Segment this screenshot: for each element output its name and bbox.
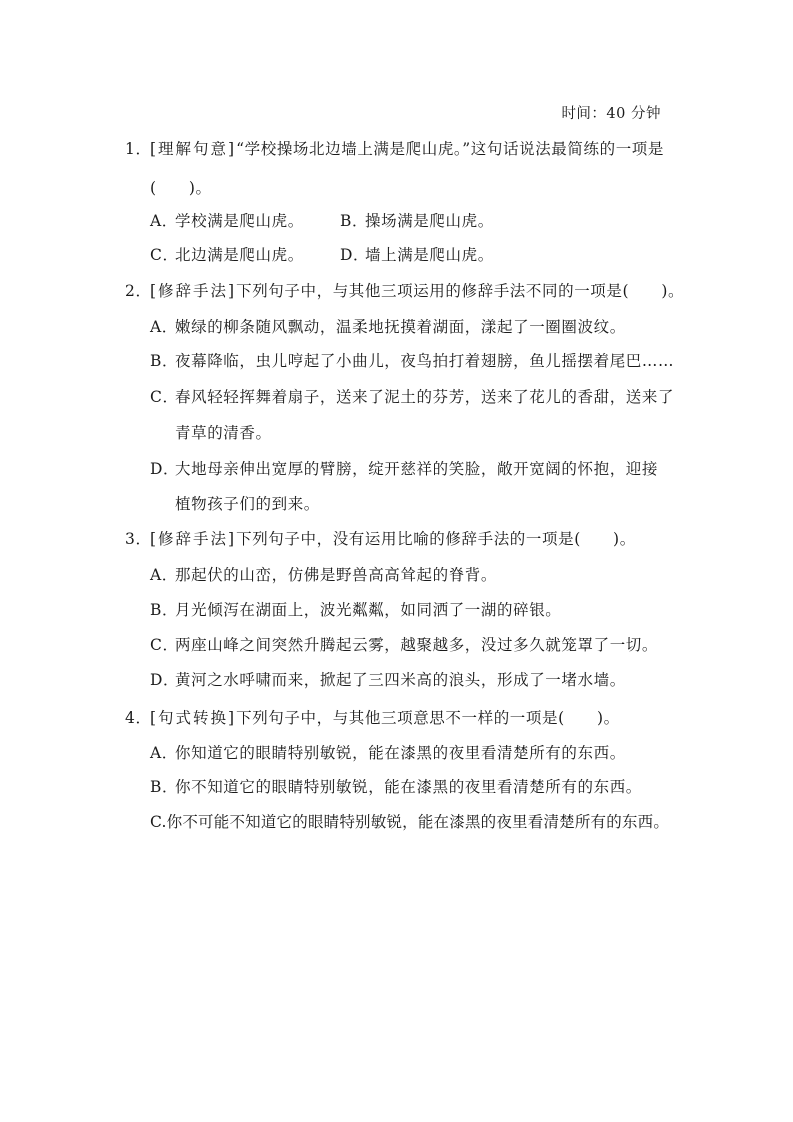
question-1-options-row-2: C．北边满是爬山虎。 D．墙上满是爬山虎。: [150, 243, 650, 265]
question-3-stem: 3．[修辞手法]下列句子中，没有运用比喻的修辞手法的一项是( )。: [125, 527, 636, 549]
question-2-option-b: B．夜幕降临，虫儿哼起了小曲儿，夜鸟拍打着翅膀，鱼儿摇摆着尾巴……: [150, 349, 674, 371]
option-b: B．操场满是爬山虎。: [340, 209, 494, 231]
question-2-option-c: C．春风轻轻挥舞着扇子，送来了泥土的芬芳，送来了花儿的香甜，送来了: [150, 385, 674, 407]
question-4-option-c: C.你不可能不知道它的眼睛特别敏锐，能在漆黑的夜里看清楚所有的东西。: [150, 810, 669, 832]
question-4-option-a: A．你知道它的眼睛特别敏锐，能在漆黑的夜里看清楚所有的东西。: [150, 741, 626, 763]
question-3-option-b: B．月光倾泻在湖面上，波光粼粼，如同洒了一湖的碎银。: [150, 598, 561, 620]
question-3-option-a: A．那起伏的山峦，仿佛是野兽高高耸起的脊背。: [150, 563, 497, 585]
option-d: D．墙上满是爬山虎。: [340, 243, 494, 265]
question-2-option-c-cont: 青草的清香。: [175, 421, 272, 443]
question-2-stem: 2．[修辞手法]下列句子中，与其他三项运用的修辞手法不同的一项是( )。: [125, 279, 684, 301]
option-c: C．北边满是爬山虎。: [150, 246, 304, 264]
question-2-option-d: D．大地母亲伸出宽厚的臂膀，绽开慈祥的笑脸，敞开宽阔的怀抱，迎接: [150, 457, 658, 479]
question-2-option-a: A．嫩绿的柳条随风飘动，温柔地抚摸着湖面，漾起了一圈圈波纹。: [150, 315, 626, 337]
question-1-stem: 1．[理解句意]“学校操场北边墙上满是爬山虎。”这句话说法最简练的一项是: [125, 137, 664, 159]
question-1-options-row-1: A．学校满是爬山虎。 B．操场满是爬山虎。: [150, 209, 650, 231]
question-tag: [理解句意]: [150, 140, 236, 158]
question-4-option-b: B．你不知道它的眼睛特别敏锐，能在漆黑的夜里看清楚所有的东西。: [150, 775, 642, 797]
time-limit: 时间：40 分钟: [561, 102, 661, 123]
question-3-option-d: D．黄河之水呼啸而来，掀起了三四米高的浪头，形成了一堵水墙。: [150, 668, 626, 690]
question-number: 1．: [125, 137, 150, 159]
question-2-option-d-cont: 植物孩子们的到来。: [175, 492, 320, 514]
question-1-answer-blank: ( )。: [150, 176, 212, 198]
question-4-stem: 4．[句式转换]下列句子中，与其他三项意思不一样的一项是( )。: [125, 706, 620, 728]
option-a: A．学校满是爬山虎。: [150, 212, 304, 230]
question-3-option-c: C．两座山峰之间突然升腾起云雾，越聚越多，没过多久就笼罩了一切。: [150, 633, 658, 655]
question-text: “学校操场北边墙上满是爬山虎。”这句话说法最简练的一项是: [236, 140, 664, 158]
